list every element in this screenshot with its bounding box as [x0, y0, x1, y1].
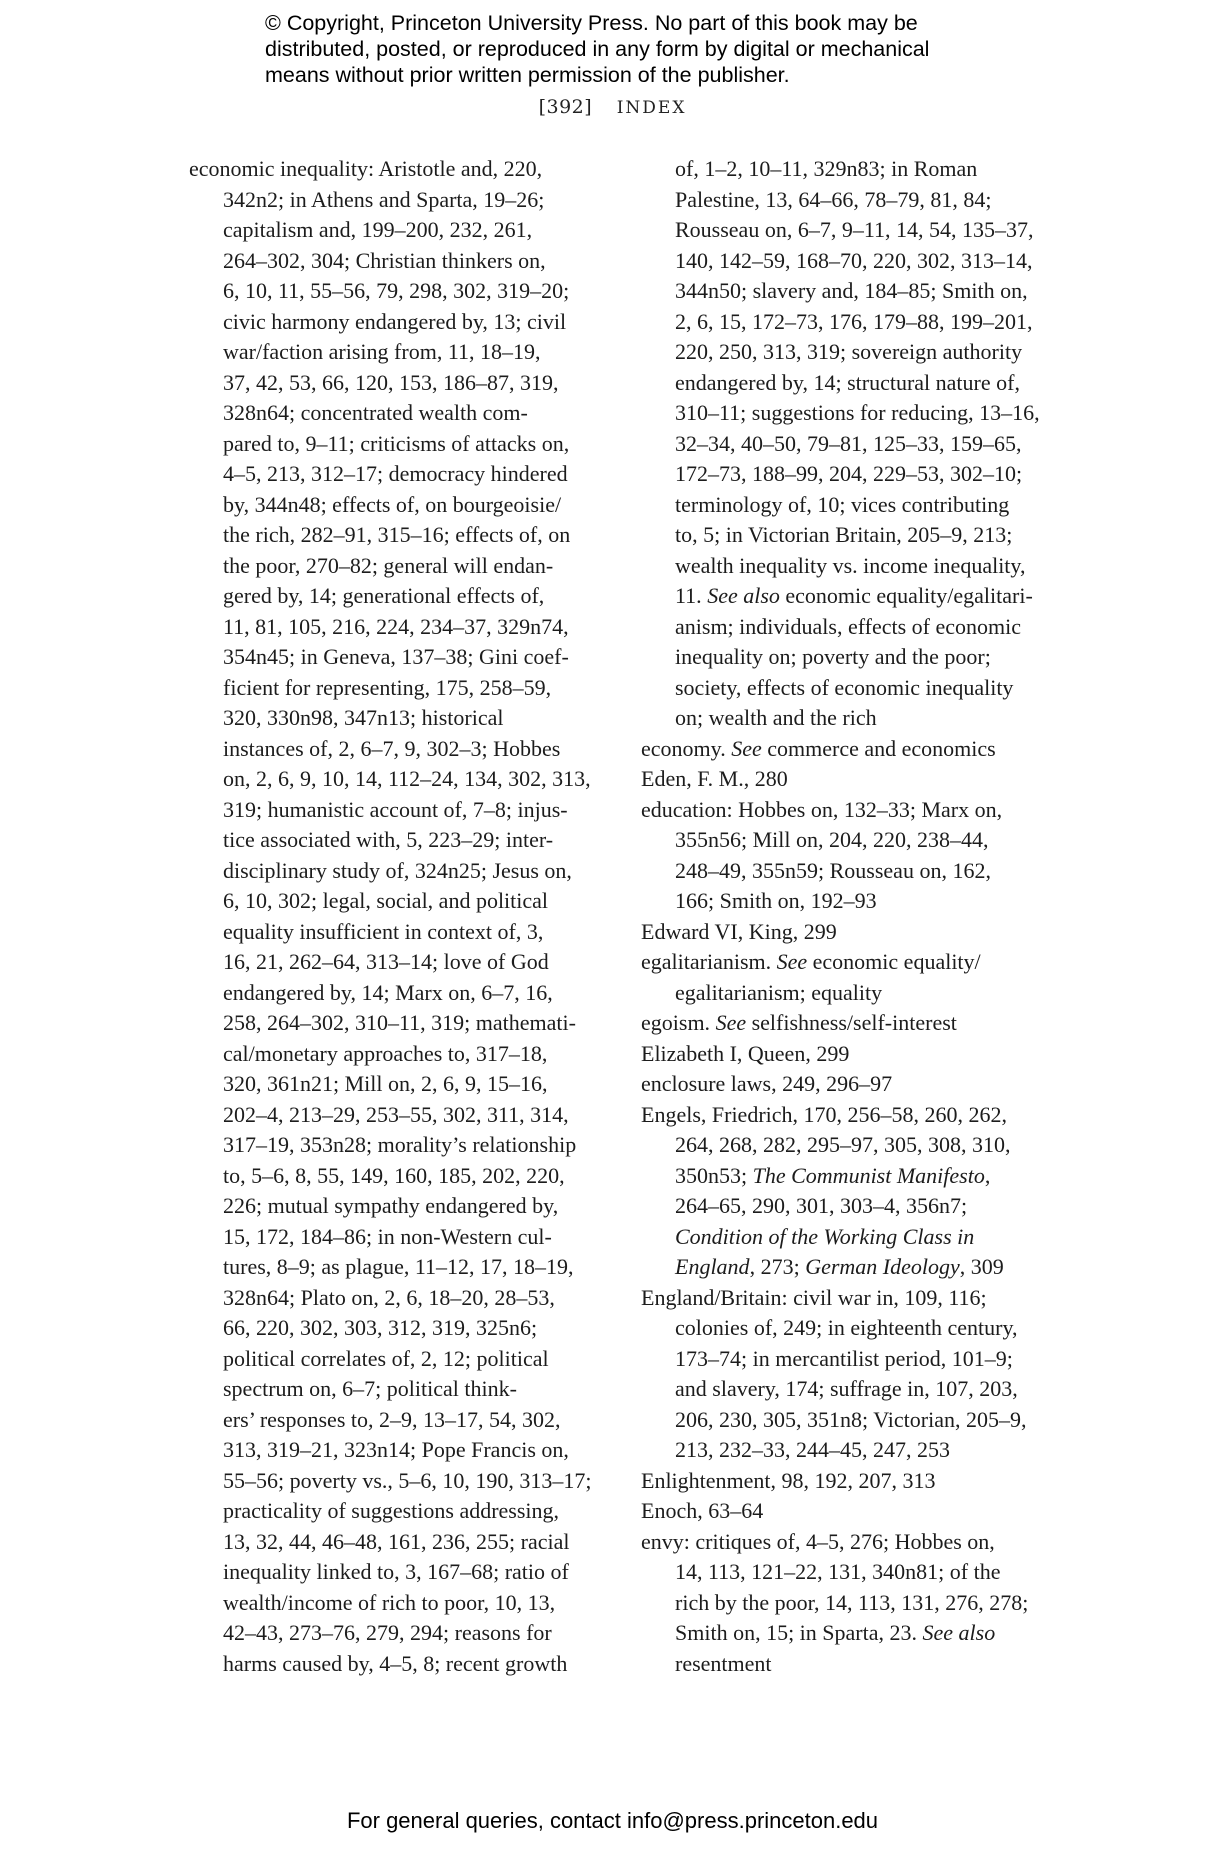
index-entry-line: egalitarianism. See economic equality/ [641, 947, 1081, 978]
italic-text: See [731, 736, 762, 761]
index-entry-line: egoism. See selfishness/self-interest [641, 1008, 1081, 1039]
text-segment: to, 5–6, 8, 55, 149, 160, 185, 202, 220, [223, 1163, 565, 1188]
index-continuation-line: 264, 268, 282, 295–97, 305, 308, 310, [641, 1130, 1081, 1161]
text-segment: on, 2, 6, 9, 10, 14, 112–24, 134, 302, 3… [223, 766, 591, 791]
text-segment: endangered by, 14; Marx on, 6–7, 16, [223, 980, 553, 1005]
text-segment: 350n53; [675, 1163, 753, 1188]
text-segment: on; wealth and the rich [675, 705, 877, 730]
text-segment: 319; humanistic account of, 7–8; injus- [223, 797, 568, 822]
index-continuation-line: 32–34, 40–50, 79–81, 125–33, 159–65, [641, 429, 1081, 460]
text-segment: war/faction arising from, 11, 18–19, [223, 339, 541, 364]
text-segment: and slavery, 174; suffrage in, 107, 203, [675, 1376, 1018, 1401]
italic-text: Condition of the Working Class in [675, 1224, 974, 1249]
text-segment: 11, 81, 105, 216, 224, 234–37, 329n74, [223, 614, 569, 639]
index-entry-line: education: Hobbes on, 132–33; Marx on, [641, 795, 1081, 826]
text-segment: anism; individuals, effects of economic [675, 614, 1021, 639]
index-continuation-line: 166; Smith on, 192–93 [641, 886, 1081, 917]
index-continuation-line: 42–43, 273–76, 279, 294; reasons for [189, 1618, 609, 1649]
text-segment: civic harmony endangered by, 13; civil [223, 309, 566, 334]
text-segment: inequality linked to, 3, 167–68; ratio o… [223, 1559, 569, 1584]
text-segment: 13, 32, 44, 46–48, 161, 236, 255; racial [223, 1529, 569, 1554]
text-segment: Palestine, 13, 64–66, 78–79, 81, 84; [675, 187, 992, 212]
index-continuation-line: 328n64; concentrated wealth com- [189, 398, 609, 429]
text-segment: cal/monetary approaches to, 317–18, [223, 1041, 547, 1066]
index-entry-line: enclosure laws, 249, 296–97 [641, 1069, 1081, 1100]
text-segment: England/Britain: civil war in, 109, 116; [641, 1285, 987, 1310]
index-continuation-line: ers’ responses to, 2–9, 13–17, 54, 302, [189, 1405, 609, 1436]
text-segment: economic equality/egalitari- [780, 583, 1033, 608]
text-segment: 313, 319–21, 323n14; Pope Francis on, [223, 1437, 569, 1462]
index-continuation-line: 317–19, 353n28; morality’s relationship [189, 1130, 609, 1161]
contact-footer: For general queries, contact info@press.… [0, 1808, 1225, 1834]
index-continuation-line: 319; humanistic account of, 7–8; injus- [189, 795, 609, 826]
text-segment: 226; mutual sympathy endangered by, [223, 1193, 558, 1218]
index-continuation-line: inequality on; poverty and the poor; [641, 642, 1081, 673]
text-segment: ficient for representing, 175, 258–59, [223, 675, 551, 700]
index-continuation-line: resentment [641, 1649, 1081, 1680]
index-continuation-line: the rich, 282–91, 315–16; effects of, on [189, 520, 609, 551]
text-segment: Enlightenment, 98, 192, 207, 313 [641, 1468, 936, 1493]
index-continuation-line: 226; mutual sympathy endangered by, [189, 1191, 609, 1222]
text-segment: 16, 21, 262–64, 313–14; love of God [223, 949, 549, 974]
index-continuation-line: colonies of, 249; in eighteenth century, [641, 1313, 1081, 1344]
index-continuation-line: inequality linked to, 3, 167–68; ratio o… [189, 1557, 609, 1588]
index-entry-line: Engels, Friedrich, 170, 256–58, 260, 262… [641, 1100, 1081, 1131]
index-continuation-line: 344n50; slavery and, 184–85; Smith on, [641, 276, 1081, 307]
text-segment: 32–34, 40–50, 79–81, 125–33, 159–65, [675, 431, 1022, 456]
text-segment: , [985, 1163, 991, 1188]
index-continuation-line: 37, 42, 53, 66, 120, 153, 186–87, 319, [189, 368, 609, 399]
text-segment: harms caused by, 4–5, 8; recent growth [223, 1651, 567, 1676]
text-segment: 55–56; poverty vs., 5–6, 10, 190, 313–17… [223, 1468, 592, 1493]
index-continuation-line: 6, 10, 11, 55–56, 79, 298, 302, 319–20; [189, 276, 609, 307]
index-continuation-line: tice associated with, 5, 223–29; inter- [189, 825, 609, 856]
index-continuation-line: equality insufficient in context of, 3, [189, 917, 609, 948]
text-segment: disciplinary study of, 324n25; Jesus on, [223, 858, 572, 883]
text-segment: egoism. [641, 1010, 716, 1035]
index-column-right: of, 1–2, 10–11, 329n83; in RomanPalestin… [641, 154, 1081, 1679]
text-segment: wealth/income of rich to poor, 10, 13, [223, 1590, 555, 1615]
text-segment: 320, 330n98, 347n13; historical [223, 705, 503, 730]
index-continuation-line: capitalism and, 199–200, 232, 261, [189, 215, 609, 246]
text-segment: envy: critiques of, 4–5, 276; Hobbes on, [641, 1529, 995, 1554]
index-continuation-line: 172–73, 188–99, 204, 229–53, 302–10; [641, 459, 1081, 490]
text-segment: Smith on, 15; in Sparta, 23. [675, 1620, 923, 1645]
text-segment: education: Hobbes on, 132–33; Marx on, [641, 797, 1002, 822]
index-entry-line: Enoch, 63–64 [641, 1496, 1081, 1527]
index-continuation-line: 248–49, 355n59; Rousseau on, 162, [641, 856, 1081, 887]
index-continuation-line: 4–5, 213, 312–17; democracy hindered [189, 459, 609, 490]
text-segment: political correlates of, 2, 12; politica… [223, 1346, 549, 1371]
index-continuation-line: Condition of the Working Class in [641, 1222, 1081, 1253]
index-continuation-line: tures, 8–9; as plague, 11–12, 17, 18–19, [189, 1252, 609, 1283]
text-segment: selfishness/self-interest [746, 1010, 957, 1035]
italic-text: See also [707, 583, 780, 608]
index-continuation-line: 173–74; in mercantilist period, 101–9; [641, 1344, 1081, 1375]
index-continuation-line: endangered by, 14; structural nature of, [641, 368, 1081, 399]
text-segment: 310–11; suggestions for reducing, 13–16, [675, 400, 1040, 425]
text-segment: to, 5; in Victorian Britain, 205–9, 213; [675, 522, 1012, 547]
text-segment: 220, 250, 313, 319; sovereign authority [675, 339, 1022, 364]
index-continuation-line: terminology of, 10; vices contributing [641, 490, 1081, 521]
index-continuation-line: anism; individuals, effects of economic [641, 612, 1081, 643]
index-column-left: economic inequality: Aristotle and, 220,… [189, 154, 609, 1679]
index-continuation-line: civic harmony endangered by, 13; civil [189, 307, 609, 338]
text-segment: economic equality/ [807, 949, 981, 974]
text-segment: , 309 [960, 1254, 1004, 1279]
index-continuation-line: 16, 21, 262–64, 313–14; love of God [189, 947, 609, 978]
text-segment: Engels, Friedrich, 170, 256–58, 260, 262… [641, 1102, 1007, 1127]
text-segment: Elizabeth I, Queen, 299 [641, 1041, 849, 1066]
text-segment: 11. [675, 583, 707, 608]
text-segment: of, 1–2, 10–11, 329n83; in Roman [675, 156, 977, 181]
text-segment: economic inequality: Aristotle and, 220, [189, 156, 542, 181]
index-continuation-line: the poor, 270–82; general will endan- [189, 551, 609, 582]
index-continuation-line: 140, 142–59, 168–70, 220, 302, 313–14, [641, 246, 1081, 277]
text-segment: 6, 10, 302; legal, social, and political [223, 888, 548, 913]
index-continuation-line: wealth/income of rich to poor, 10, 13, [189, 1588, 609, 1619]
copyright-line: means without prior written permission o… [265, 62, 1025, 88]
index-continuation-line: egalitarianism; equality [641, 978, 1081, 1009]
italic-text: See also [923, 1620, 996, 1645]
text-segment: egalitarianism. [641, 949, 777, 974]
text-segment: equality insufficient in context of, 3, [223, 919, 543, 944]
text-segment: instances of, 2, 6–7, 9, 302–3; Hobbes [223, 736, 560, 761]
text-segment: enclosure laws, 249, 296–97 [641, 1071, 892, 1096]
text-segment: colonies of, 249; in eighteenth century, [675, 1315, 1018, 1340]
index-continuation-line: 313, 319–21, 323n14; Pope Francis on, [189, 1435, 609, 1466]
text-segment: 317–19, 353n28; morality’s relationship [223, 1132, 576, 1157]
index-continuation-line: 202–4, 213–29, 253–55, 302, 311, 314, [189, 1100, 609, 1131]
text-segment: tice associated with, 5, 223–29; inter- [223, 827, 553, 852]
index-entry-line: Eden, F. M., 280 [641, 764, 1081, 795]
section-title: INDEX [617, 98, 687, 118]
italic-text: See [777, 949, 808, 974]
text-segment: Enoch, 63–64 [641, 1498, 763, 1523]
text-segment: commerce and economics [762, 736, 996, 761]
index-continuation-line: practicality of suggestions addressing, [189, 1496, 609, 1527]
index-continuation-line: 264–302, 304; Christian thinkers on, [189, 246, 609, 277]
index-continuation-line: pared to, 9–11; criticisms of attacks on… [189, 429, 609, 460]
text-segment: resentment [675, 1651, 772, 1676]
text-segment: 264, 268, 282, 295–97, 305, 308, 310, [675, 1132, 1011, 1157]
index-continuation-line: 213, 232–33, 244–45, 247, 253 [641, 1435, 1081, 1466]
index-continuation-line: political correlates of, 2, 12; politica… [189, 1344, 609, 1375]
index-continuation-line: Smith on, 15; in Sparta, 23. See also [641, 1618, 1081, 1649]
italic-text: See [716, 1010, 747, 1035]
index-continuation-line: ficient for representing, 175, 258–59, [189, 673, 609, 704]
index-continuation-line: 15, 172, 184–86; in non-Western cul- [189, 1222, 609, 1253]
text-segment: gered by, 14; generational effects of, [223, 583, 544, 608]
index-continuation-line: 258, 264–302, 310–11, 319; mathemati- [189, 1008, 609, 1039]
text-segment: society, effects of economic inequality [675, 675, 1013, 700]
italic-text: The Communist Manifesto [753, 1163, 985, 1188]
index-continuation-line: to, 5–6, 8, 55, 149, 160, 185, 202, 220, [189, 1161, 609, 1192]
text-segment: 355n56; Mill on, 204, 220, 238–44, [675, 827, 989, 852]
text-segment: ers’ responses to, 2–9, 13–17, 54, 302, [223, 1407, 561, 1432]
index-continuation-line: 11. See also economic equality/egalitari… [641, 581, 1081, 612]
text-segment: 328n64; Plato on, 2, 6, 18–20, 28–53, [223, 1285, 555, 1310]
text-segment: 42–43, 273–76, 279, 294; reasons for [223, 1620, 552, 1645]
text-segment: endangered by, 14; structural nature of, [675, 370, 1020, 395]
index-continuation-line: 320, 330n98, 347n13; historical [189, 703, 609, 734]
text-segment: 213, 232–33, 244–45, 247, 253 [675, 1437, 950, 1462]
index-continuation-line: 355n56; Mill on, 204, 220, 238–44, [641, 825, 1081, 856]
text-segment: rich by the poor, 14, 113, 131, 276, 278… [675, 1590, 1028, 1615]
index-continuation-line: and slavery, 174; suffrage in, 107, 203, [641, 1374, 1081, 1405]
text-segment: Edward VI, King, 299 [641, 919, 837, 944]
text-segment: 14, 113, 121–22, 131, 340n81; of the [675, 1559, 1001, 1584]
index-continuation-line: 55–56; poverty vs., 5–6, 10, 190, 313–17… [189, 1466, 609, 1497]
index-continuation-line: Palestine, 13, 64–66, 78–79, 81, 84; [641, 185, 1081, 216]
text-segment: 66, 220, 302, 303, 312, 319, 325n6; [223, 1315, 537, 1340]
index-continuation-line: cal/monetary approaches to, 317–18, [189, 1039, 609, 1070]
copyright-line: distributed, posted, or reproduced in an… [265, 36, 1025, 62]
text-segment: 173–74; in mercantilist period, 101–9; [675, 1346, 1013, 1371]
index-continuation-line: 2, 6, 15, 172–73, 176, 179–88, 199–201, [641, 307, 1081, 338]
index-entry-line: envy: critiques of, 4–5, 276; Hobbes on, [641, 1527, 1081, 1558]
text-segment: practicality of suggestions addressing, [223, 1498, 559, 1523]
index-continuation-line: wealth inequality vs. income inequality, [641, 551, 1081, 582]
index-continuation-line: endangered by, 14; Marx on, 6–7, 16, [189, 978, 609, 1009]
text-segment: 342n2; in Athens and Sparta, 19–26; [223, 187, 544, 212]
index-entry-line: Enlightenment, 98, 192, 207, 313 [641, 1466, 1081, 1497]
index-continuation-line: rich by the poor, 14, 113, 131, 276, 278… [641, 1588, 1081, 1619]
text-segment: 2, 6, 15, 172–73, 176, 179–88, 199–201, [675, 309, 1033, 334]
copyright-line: © Copyright, Princeton University Press.… [265, 10, 1025, 36]
text-segment: terminology of, 10; vices contributing [675, 492, 1009, 517]
index-entry-line: Edward VI, King, 299 [641, 917, 1081, 948]
text-segment: 248–49, 355n59; Rousseau on, 162, [675, 858, 991, 883]
index-continuation-line: 206, 230, 305, 351n8; Victorian, 205–9, [641, 1405, 1081, 1436]
index-continuation-line: 354n45; in Geneva, 137–38; Gini coef- [189, 642, 609, 673]
italic-text: England [675, 1254, 750, 1279]
index-entry-line: economy. See commerce and economics [641, 734, 1081, 765]
text-segment: 320, 361n21; Mill on, 2, 6, 9, 15–16, [223, 1071, 548, 1096]
index-continuation-line: disciplinary study of, 324n25; Jesus on, [189, 856, 609, 887]
text-segment: 37, 42, 53, 66, 120, 153, 186–87, 319, [223, 370, 559, 395]
index-entry-line: England/Britain: civil war in, 109, 116; [641, 1283, 1081, 1314]
index-continuation-line: Rousseau on, 6–7, 9–11, 14, 54, 135–37, [641, 215, 1081, 246]
index-continuation-line: 342n2; in Athens and Sparta, 19–26; [189, 185, 609, 216]
text-segment: Rousseau on, 6–7, 9–11, 14, 54, 135–37, [675, 217, 1034, 242]
index-continuation-line: war/faction arising from, 11, 18–19, [189, 337, 609, 368]
text-segment: 202–4, 213–29, 253–55, 302, 311, 314, [223, 1102, 569, 1127]
index-continuation-line: 350n53; The Communist Manifesto, [641, 1161, 1081, 1192]
text-segment: pared to, 9–11; criticisms of attacks on… [223, 431, 569, 456]
index-continuation-line: harms caused by, 4–5, 8; recent growth [189, 1649, 609, 1680]
index-continuation-line: gered by, 14; generational effects of, [189, 581, 609, 612]
text-segment: 15, 172, 184–86; in non-Western cul- [223, 1224, 552, 1249]
text-segment: the poor, 270–82; general will endan- [223, 553, 553, 578]
index-continuation-line: by, 344n48; effects of, on bourgeoisie/ [189, 490, 609, 521]
index-continuation-line: 310–11; suggestions for reducing, 13–16, [641, 398, 1081, 429]
text-segment: tures, 8–9; as plague, 11–12, 17, 18–19, [223, 1254, 574, 1279]
index-continuation-line: 13, 32, 44, 46–48, 161, 236, 255; racial [189, 1527, 609, 1558]
index-continuation-line: on; wealth and the rich [641, 703, 1081, 734]
text-segment: 140, 142–59, 168–70, 220, 302, 313–14, [675, 248, 1033, 273]
text-segment: 328n64; concentrated wealth com- [223, 400, 528, 425]
text-segment: 344n50; slavery and, 184–85; Smith on, [675, 278, 1028, 303]
index-continuation-line: 264–65, 290, 301, 303–4, 356n7; [641, 1191, 1081, 1222]
index-continuation-line: 328n64; Plato on, 2, 6, 18–20, 28–53, [189, 1283, 609, 1314]
text-segment: 206, 230, 305, 351n8; Victorian, 205–9, [675, 1407, 1026, 1432]
index-entry-line: economic inequality: Aristotle and, 220, [189, 154, 609, 185]
index-continuation-line: spectrum on, 6–7; political think- [189, 1374, 609, 1405]
index-continuation-line: 66, 220, 302, 303, 312, 319, 325n6; [189, 1313, 609, 1344]
index-continuation-line: England, 273; German Ideology, 309 [641, 1252, 1081, 1283]
index-continuation-line: to, 5; in Victorian Britain, 205–9, 213; [641, 520, 1081, 551]
italic-text: German Ideology [805, 1254, 960, 1279]
page-number: [392] [539, 96, 593, 118]
text-segment: 354n45; in Geneva, 137–38; Gini coef- [223, 644, 569, 669]
index-continuation-line: instances of, 2, 6–7, 9, 302–3; Hobbes [189, 734, 609, 765]
index-continuation-line: 320, 361n21; Mill on, 2, 6, 9, 15–16, [189, 1069, 609, 1100]
text-segment: 172–73, 188–99, 204, 229–53, 302–10; [675, 461, 1022, 486]
text-segment: wealth inequality vs. income inequality, [675, 553, 1026, 578]
index-entry-line: Elizabeth I, Queen, 299 [641, 1039, 1081, 1070]
index-continuation-line: 14, 113, 121–22, 131, 340n81; of the [641, 1557, 1081, 1588]
index-continuation-line: 11, 81, 105, 216, 224, 234–37, 329n74, [189, 612, 609, 643]
text-segment: 166; Smith on, 192–93 [675, 888, 877, 913]
index-continuation-line: society, effects of economic inequality [641, 673, 1081, 704]
index-continuation-line: on, 2, 6, 9, 10, 14, 112–24, 134, 302, 3… [189, 764, 609, 795]
text-segment: Eden, F. M., 280 [641, 766, 788, 791]
copyright-notice: © Copyright, Princeton University Press.… [265, 10, 1025, 88]
text-segment: 264–65, 290, 301, 303–4, 356n7; [675, 1193, 967, 1218]
index-continuation-line: 220, 250, 313, 319; sovereign authority [641, 337, 1081, 368]
index-continuation-line: of, 1–2, 10–11, 329n83; in Roman [641, 154, 1081, 185]
text-segment: egalitarianism; equality [675, 980, 882, 1005]
text-segment: 4–5, 213, 312–17; democracy hindered [223, 461, 568, 486]
index-continuation-line: 6, 10, 302; legal, social, and political [189, 886, 609, 917]
text-segment: the rich, 282–91, 315–16; effects of, on [223, 522, 570, 547]
text-segment: economy. [641, 736, 731, 761]
text-segment: by, 344n48; effects of, on bourgeoisie/ [223, 492, 561, 517]
text-segment: spectrum on, 6–7; political think- [223, 1376, 517, 1401]
running-head: [392] INDEX [0, 96, 1225, 118]
text-segment: capitalism and, 199–200, 232, 261, [223, 217, 532, 242]
text-segment: 264–302, 304; Christian thinkers on, [223, 248, 546, 273]
text-segment: 6, 10, 11, 55–56, 79, 298, 302, 319–20; [223, 278, 569, 303]
text-segment: 258, 264–302, 310–11, 319; mathemati- [223, 1010, 576, 1035]
text-segment: , 273; [750, 1254, 806, 1279]
text-segment: inequality on; poverty and the poor; [675, 644, 991, 669]
